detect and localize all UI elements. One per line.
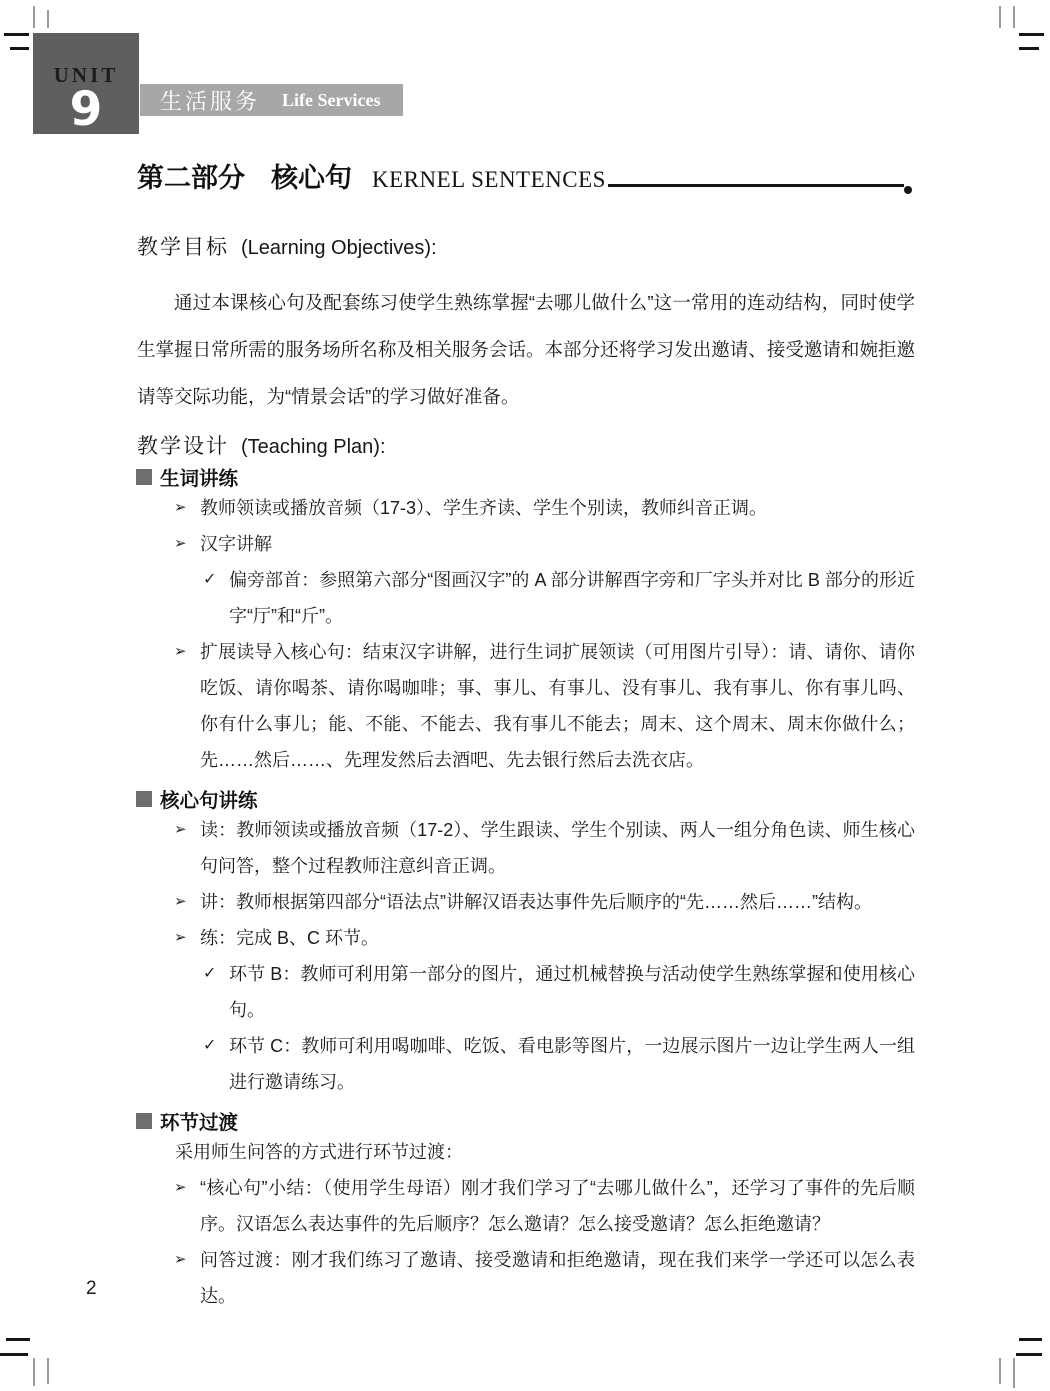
part-title-zh-name: 核心句	[271, 156, 352, 195]
list-item-text: 教师领读或播放音频（17-3）、学生齐读、学生个别读，教师纠音正调。	[200, 498, 767, 518]
square-bullet-icon	[136, 791, 152, 807]
plan-section: 生词讲练➢教师领读或播放音频（17-3）、学生齐读、学生个别读，教师纠音正调。➢…	[137, 464, 915, 778]
list-item-text: 偏旁部首：参照第六部分“图画汉字”的 A 部分讲解酉字旁和厂字头并对比 B 部分…	[229, 570, 915, 626]
plan-section-heading: 环节过渡	[136, 1108, 915, 1134]
arrow-list-item: ➢读：教师领读或播放音频（17-2）、学生跟读、学生个别读、两人一组分角色读、师…	[137, 812, 915, 884]
arrow-list-item: ➢练：完成 B、C 环节。	[137, 920, 915, 956]
arrow-bullet-icon: ➢	[174, 1242, 187, 1278]
unit-number: 9	[33, 88, 139, 132]
check-bullet-icon: ✓	[203, 562, 216, 598]
check-bullet-icon: ✓	[203, 956, 216, 992]
crop-mark-icon	[4, 33, 29, 36]
list-item-text: 扩展读导入核心句：结束汉字讲解，进行生词扩展领读（可用图片引导）：请、请你、请你…	[200, 642, 915, 770]
square-bullet-icon	[136, 469, 152, 485]
list-item-text: 读：教师领读或播放音频（17-2）、学生跟读、学生个别读、两人一组分角色读、师生…	[200, 820, 915, 876]
plan-section-heading: 生词讲练	[136, 464, 915, 490]
crop-mark-icon	[1013, 6, 1015, 28]
arrow-list-item: ➢扩展读导入核心句：结束汉字讲解，进行生词扩展领读（可用图片引导）：请、请你、请…	[137, 634, 915, 778]
check-list-item: ✓环节 C：教师可利用喝咖啡、吃饭、看电影等图片，一边展示图片一边让学生两人一组…	[137, 1028, 915, 1100]
arrow-bullet-icon: ➢	[174, 920, 187, 956]
part-title-zh-part: 第二部分	[137, 156, 245, 195]
unit-badge: UNIT 9	[33, 33, 139, 134]
arrow-bullet-icon: ➢	[174, 526, 187, 562]
crop-mark-icon	[1019, 47, 1039, 50]
arrow-bullet-icon: ➢	[174, 490, 187, 526]
crop-mark-icon	[33, 1358, 35, 1386]
page-number: 2	[86, 1278, 97, 1300]
crop-mark-icon	[10, 47, 29, 50]
plan-section-heading: 核心句讲练	[136, 786, 915, 812]
list-item-text: 环节 C：教师可利用喝咖啡、吃饭、看电影等图片，一边展示图片一边让学生两人一组进…	[229, 1036, 915, 1092]
plain-list-item: 采用师生问答的方式进行环节过渡：	[137, 1134, 915, 1170]
crop-mark-icon	[1019, 1338, 1042, 1341]
plan-heading: 教学设计 (Teaching Plan):	[137, 430, 386, 460]
crop-mark-icon	[33, 6, 35, 28]
arrow-list-item: ➢讲：教师根据第四部分“语法点”讲解汉语表达事件先后顺序的“先……然后……”结构…	[137, 884, 915, 920]
crop-mark-icon	[0, 1353, 28, 1356]
list-item-text: 环节 B：教师可利用第一部分的图片，通过机械替换与活动使学生熟练掌握和使用核心句…	[229, 964, 915, 1020]
list-item-text: 问答过渡：刚才我们练习了邀请、接受邀请和拒绝邀请，现在我们来学一学还可以怎么表达…	[200, 1250, 915, 1306]
arrow-bullet-icon: ➢	[174, 634, 187, 670]
arrow-bullet-icon: ➢	[174, 812, 187, 848]
square-bullet-icon	[136, 1113, 152, 1129]
check-list-item: ✓环节 B：教师可利用第一部分的图片，通过机械替换与活动使学生熟练掌握和使用核心…	[137, 956, 915, 1028]
crop-mark-icon	[999, 6, 1001, 28]
objectives-heading: 教学目标 (Learning Objectives):	[137, 231, 437, 261]
arrow-list-item: ➢问答过渡：刚才我们练习了邀请、接受邀请和拒绝邀请，现在我们来学一学还可以怎么表…	[137, 1242, 915, 1314]
plan-section-heading-label: 核心句讲练	[160, 785, 258, 813]
arrow-bullet-icon: ➢	[174, 1170, 187, 1206]
part-title: 第二部分 核心句 KERNEL SENTENCES	[137, 156, 912, 195]
plan-heading-zh: 教学设计	[137, 430, 229, 460]
title-rule	[608, 184, 904, 187]
crop-mark-icon	[1016, 1353, 1042, 1356]
list-item-text: “核心句”小结：（使用学生母语）刚才我们学习了“去哪儿做什么”，还学习了事件的先…	[200, 1178, 915, 1234]
list-item-text: 汉字讲解	[200, 534, 272, 554]
list-item-text: 讲：教师根据第四部分“语法点”讲解汉语表达事件先后顺序的“先……然后……”结构。	[200, 892, 872, 912]
book-page: UNIT 9 生活服务 Life Services 第二部分 核心句 KERNE…	[0, 0, 1050, 1391]
objectives-paragraph: 通过本课核心句及配套练习使学生熟练掌握“去哪儿做什么”这一常用的连动结构，同时使…	[137, 279, 915, 420]
unit-title-zh: 生活服务	[160, 85, 260, 116]
part-title-en: KERNEL SENTENCES	[372, 167, 606, 193]
objectives-heading-zh: 教学目标	[137, 231, 229, 261]
list-item-text: 练：完成 B、C 环节。	[200, 928, 379, 948]
unit-title-band: 生活服务 Life Services	[140, 84, 403, 116]
objectives-heading-en: (Learning Objectives):	[241, 237, 437, 260]
plan-section: 环节过渡采用师生问答的方式进行环节过渡：➢“核心句”小结：（使用学生母语）刚才我…	[137, 1108, 915, 1314]
plan-heading-en: (Teaching Plan):	[241, 436, 386, 459]
crop-mark-icon	[999, 1358, 1001, 1384]
arrow-list-item: ➢“核心句”小结：（使用学生母语）刚才我们学习了“去哪儿做什么”，还学习了事件的…	[137, 1170, 915, 1242]
arrow-list-item: ➢教师领读或播放音频（17-3）、学生齐读、学生个别读，教师纠音正调。	[137, 490, 915, 526]
crop-mark-icon	[47, 1358, 49, 1384]
plan-sections: 生词讲练➢教师领读或播放音频（17-3）、学生齐读、学生个别读，教师纠音正调。➢…	[137, 464, 915, 1322]
crop-mark-icon	[47, 10, 49, 28]
arrow-bullet-icon: ➢	[174, 884, 187, 920]
title-end-dot-icon	[904, 186, 912, 194]
plan-section: 核心句讲练➢读：教师领读或播放音频（17-2）、学生跟读、学生个别读、两人一组分…	[137, 786, 915, 1100]
crop-mark-icon	[1013, 1358, 1015, 1388]
crop-mark-icon	[1019, 33, 1044, 36]
list-item-text: 采用师生问答的方式进行环节过渡：	[175, 1142, 463, 1162]
check-list-item: ✓偏旁部首：参照第六部分“图画汉字”的 A 部分讲解酉字旁和厂字头并对比 B 部…	[137, 562, 915, 634]
plan-section-heading-label: 环节过渡	[160, 1107, 238, 1135]
arrow-list-item: ➢汉字讲解	[137, 526, 915, 562]
check-bullet-icon: ✓	[203, 1028, 216, 1064]
unit-title-en: Life Services	[282, 90, 380, 111]
plan-section-heading-label: 生词讲练	[160, 463, 238, 491]
crop-mark-icon	[6, 1338, 30, 1341]
